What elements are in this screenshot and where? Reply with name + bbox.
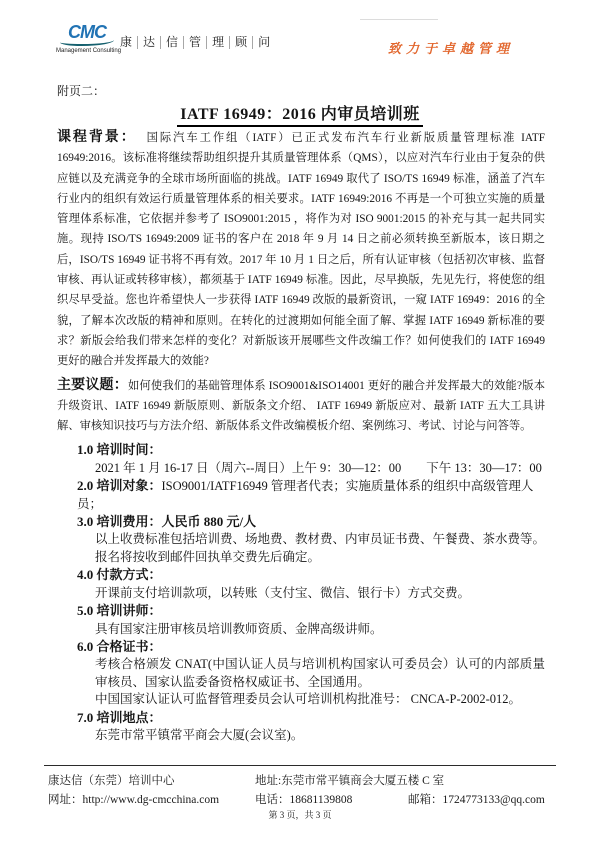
footer-website-label: 网址： bbox=[48, 794, 83, 806]
main-topics-label: 主要议题： bbox=[57, 378, 128, 393]
item-inline-text: 人民币 880 元/人 bbox=[162, 514, 257, 529]
attachment-label: 附页二： bbox=[57, 82, 105, 99]
training-detail-list: 1.0 培训时间： 2021 年 1 月 16-17 日（周六--周日）上午 9… bbox=[77, 441, 545, 744]
list-item: 2.0 培训对象：ISO9001/IATF16949 管理者代表；实施质量体系的… bbox=[77, 477, 545, 513]
footer-row: 康达信（东莞）培训中心 地址:东莞市常平镇商会大厦五楼 C 室 bbox=[48, 772, 568, 791]
company-char: 信 bbox=[161, 36, 184, 49]
item-detail-line: 东莞市常平镇常平商会大厦(会议室)。 bbox=[95, 727, 545, 744]
item-number-label: 7.0 培训地点： bbox=[77, 710, 162, 725]
main-topics-paragraph: 主要议题：如何使我们的基础管理体系 ISO9001&ISO14001 更好的融合… bbox=[57, 376, 545, 437]
item-heading: 7.0 培训地点： bbox=[77, 709, 545, 727]
item-detail-line: 考核合格颁发 CNAT(中国认证人员与培训机构国家认可委员会）认可的内部质量审核… bbox=[95, 656, 545, 691]
footer-email-address: 1724773133@qq.com bbox=[443, 794, 545, 806]
item-heading: 1.0 培训时间： bbox=[77, 441, 545, 459]
item-number-label: 3.0 培训费用： bbox=[77, 514, 162, 529]
course-background-text: 国际汽车工作组（IATF）已正式发布汽车行业新版质量管理标准 IATF 1694… bbox=[57, 132, 545, 367]
item-number-label: 4.0 付款方式： bbox=[77, 567, 162, 582]
company-char: 顾 bbox=[230, 36, 253, 49]
main-topics-text: 如何使我们的基础管理体系 ISO9001&ISO14001 更好的融合并发挥最大… bbox=[57, 380, 545, 433]
footer-email-label: 邮箱： bbox=[408, 794, 443, 806]
item-heading: 2.0 培训对象：ISO9001/IATF16949 管理者代表；实施质量体系的… bbox=[77, 477, 545, 513]
list-item: 7.0 培训地点： 东莞市常平镇常平商会大厦(会议室)。 bbox=[77, 709, 545, 745]
footer: 康达信（东莞）培训中心 地址:东莞市常平镇商会大厦五楼 C 室 网址：http:… bbox=[48, 772, 568, 810]
company-slogan: 致力于卓越管理 bbox=[388, 38, 514, 57]
company-char: 达 bbox=[138, 36, 161, 49]
item-heading: 5.0 培训讲师： bbox=[77, 602, 545, 620]
list-item: 3.0 培训费用：人民币 880 元/人 以上收费标准包括培训费、场地费、教材费… bbox=[77, 513, 545, 566]
company-char: 问 bbox=[253, 36, 275, 49]
header-divider bbox=[360, 19, 438, 20]
item-detail-line: 2021 年 1 月 16-17 日（周六--周日）上午 9：30—12：00 … bbox=[95, 460, 545, 477]
list-item: 6.0 合格证书： 考核合格颁发 CNAT(中国认证人员与培训机构国家认可委员会… bbox=[77, 638, 545, 709]
item-detail-line: 以上收费标准包括培训费、场地费、教材费、内审员证书费、午餐费、茶水费等。 bbox=[95, 531, 545, 548]
cmc-logo-text: CMC bbox=[56, 25, 118, 40]
cmc-logo: CMC Management Consulting bbox=[56, 25, 118, 54]
page-number: 第 3 页，共 3 页 bbox=[0, 808, 600, 821]
footer-company: 康达信（东莞）培训中心 bbox=[48, 772, 255, 791]
item-heading: 6.0 合格证书： bbox=[77, 638, 545, 656]
item-detail-line: 报名将按收到邮件回执单交费先后确定。 bbox=[95, 549, 545, 566]
list-item: 4.0 付款方式： 开课前支付培训款项，以转账（支付宝、微信、银行卡）方式交费。 bbox=[77, 566, 545, 602]
footer-website-url: http://www.dg-cmcchina.com bbox=[83, 794, 220, 806]
course-background-paragraph: 课程背景：国际汽车工作组（IATF）已正式发布汽车行业新版质量管理标准 IATF… bbox=[57, 128, 545, 372]
item-detail-line: 具有国家注册审核员培训教师资质、金牌高级讲师。 bbox=[95, 621, 545, 638]
company-char: 理 bbox=[207, 36, 230, 49]
company-char: 康 bbox=[115, 36, 138, 49]
item-heading: 4.0 付款方式： bbox=[77, 566, 545, 584]
cmc-logo-subtext: Management Consulting bbox=[56, 48, 118, 54]
item-detail-line: 开课前支付培训款项，以转账（支付宝、微信、银行卡）方式交费。 bbox=[95, 585, 545, 602]
course-background-label: 课程背景： bbox=[57, 130, 137, 145]
list-item: 5.0 培训讲师： 具有国家注册审核员培训教师资质、金牌高级讲师。 bbox=[77, 602, 545, 638]
list-item: 1.0 培训时间： 2021 年 1 月 16-17 日（周六--周日）上午 9… bbox=[77, 441, 545, 477]
item-number-label: 6.0 合格证书： bbox=[77, 639, 162, 654]
item-number-label: 1.0 培训时间： bbox=[77, 442, 162, 457]
item-number-label: 5.0 培训讲师： bbox=[77, 603, 162, 618]
title-wrap: IATF 16949：2016 内审员培训班 bbox=[0, 101, 600, 127]
document-content: 课程背景：国际汽车工作组（IATF）已正式发布汽车行业新版质量管理标准 IATF… bbox=[57, 128, 545, 744]
company-char: 管 bbox=[184, 36, 207, 49]
page-title: IATF 16949：2016 内审员培训班 bbox=[177, 101, 422, 127]
footer-divider bbox=[44, 765, 556, 766]
footer-address: 地址:东莞市常平镇商会大厦五楼 C 室 bbox=[255, 772, 568, 791]
footer-phone-number: 18681139808 bbox=[290, 794, 353, 806]
item-number-label: 2.0 培训对象： bbox=[77, 478, 162, 493]
item-heading: 3.0 培训费用：人民币 880 元/人 bbox=[77, 513, 545, 531]
document-page: CMC Management Consulting 康 达 信 管 理 顾 问 … bbox=[0, 0, 600, 848]
footer-phone-label: 电话： bbox=[255, 794, 290, 806]
company-name: 康 达 信 管 理 顾 问 bbox=[115, 36, 275, 49]
item-detail-line: 中国国家认证认可监督管理委员会认可培训机构批准号： CNCA-P-2002-01… bbox=[95, 691, 545, 708]
